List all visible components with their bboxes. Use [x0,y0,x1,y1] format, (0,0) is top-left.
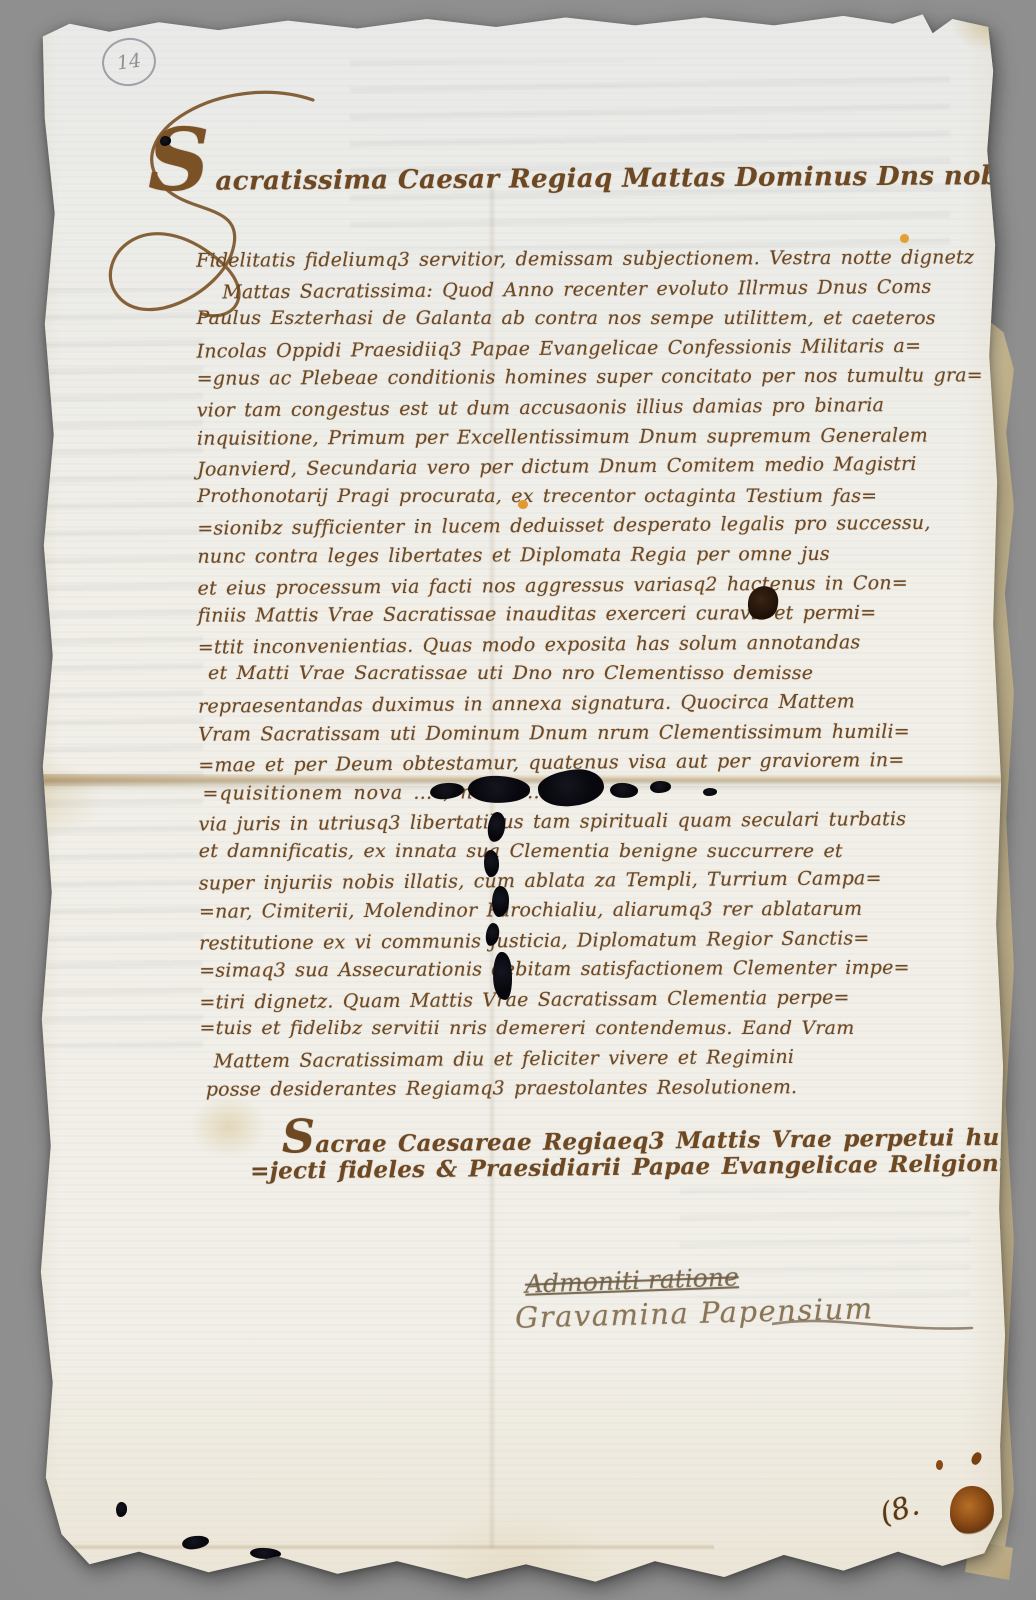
petition-body: Fidelitatis fideliumq3 servitior, demiss… [196,246,980,1108]
manuscript-line: via juris in utriusq3 libertatibus tam s… [199,808,979,844]
wax-speck [900,234,909,243]
manuscript-line: =ttit inconvenientias. Quas modo exposit… [198,630,978,666]
archival-folio-number: (8. [876,1487,923,1530]
manuscript-page: 14 Sacratissima Caesar Regiaq Mattas Dom… [20,8,1012,1588]
manuscript-line: =simaq3 sua Assecurationis debitam satis… [199,957,979,990]
chancery-note-gravamina: Gravamina Papensium [515,1291,874,1334]
manuscript-line: nunc contra leges libertates et Diplomat… [197,542,977,575]
manuscript-line: finiis Mattis Vrae Sacratissae inauditas… [198,601,978,634]
manuscript-line: inquisitione, Primum per Excellentissimu… [197,424,977,457]
manuscript-line: restitutione ex vi communis justicia, Di… [199,926,979,962]
manuscript-line: et eius processum via facti nos aggressu… [198,571,978,607]
manuscript-line: Mattas Sacratissima: Quod Anno recenter … [222,275,976,311]
manuscript-sheet-wrapper: 14 Sacratissima Caesar Regiaq Mattas Dom… [20,8,1012,1588]
verso-show-through [38,288,203,1048]
manuscript-line: =nar, Cimiterii, Molendinor Parochialiu,… [199,897,979,930]
manuscript-line: =gnus ac Plebeae conditionis homines sup… [197,365,977,398]
rust-stain [950,1486,994,1536]
manuscript-line: et damnificatis, ex innata sua Clementia… [199,840,979,870]
manuscript-line: Prothonotarij Pragi procurata, ex trecen… [197,485,977,515]
pencil-folio-number: 14 [99,34,159,89]
manuscript-line: Fidelitatis fideliumq3 servitior, demiss… [196,246,976,279]
rust-speck [936,1460,943,1470]
manuscript-line: et Matti Vrae Sacratissae uti Dno nro Cl… [208,662,978,692]
rust-speck [970,1451,984,1467]
manuscript-line: repraesentandas duximus in annexa signat… [198,689,978,725]
manuscript-line: Incolas Oppidi Praesidiiq3 Papae Evangel… [196,334,976,370]
manuscript-line: =tiri dignetz. Quam Mattis Vrae Sacratis… [199,985,979,1021]
manuscript-line: Vram Sacratissam uti Dominum Dnum nrum C… [198,720,978,753]
edge-dark-spot [116,1502,127,1517]
photograph-backdrop: 14 Sacratissima Caesar Regiaq Mattas Dom… [0,0,1036,1600]
manuscript-line: vior tam congestus est ut dum accusaonis… [197,393,977,429]
manuscript-line: Mattem Sacratissimam diu et feliciter vi… [214,1044,980,1080]
manuscript-line: Paulus Eszterhasi de Galanta ab contra n… [196,307,976,337]
manuscript-line: =tuis et fidelibz servitii nris demereri… [200,1017,980,1047]
manuscript-line: posse desiderantes Regiamq3 praestolante… [206,1075,980,1108]
manuscript-line: Joanvierd, Secundaria vero per dictum Dn… [197,453,977,489]
subscription-block: Sacrae Caesareae Regiaeq3 Mattis Vrae pe… [250,1111,1036,1195]
bottom-fold-crease [20,1544,714,1550]
salutation-line: Sacratissima Caesar Regiaq Mattas Dominu… [148,125,1019,251]
wax-speck [518,500,528,509]
